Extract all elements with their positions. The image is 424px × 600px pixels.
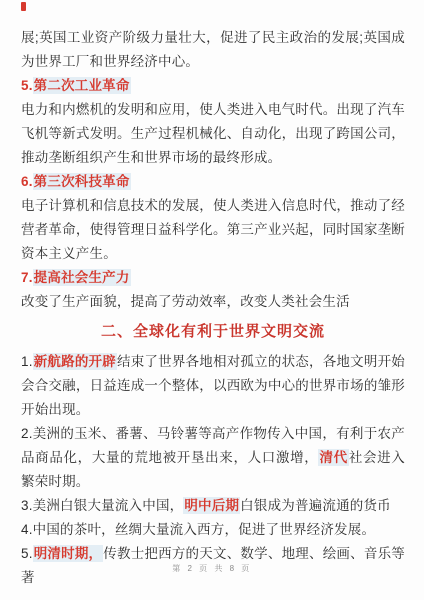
heading-number: 5. bbox=[21, 78, 33, 93]
item-highlight: 新航路的开辟 bbox=[33, 353, 117, 370]
document-page: 展;英国工业资产阶级力量壮大，促进了民主政治的发展;英国成为世界工厂和世界经济中… bbox=[0, 0, 424, 600]
list-item-silver-inflow: 3.美洲白银大量流入中国，明中后期白银成为普遍流通的货币 bbox=[21, 494, 405, 518]
item-highlight: 清代 bbox=[318, 449, 348, 466]
item-text: 4.中国的茶叶，丝绸大量流入西方，促进了世界经济发展。 bbox=[21, 522, 375, 537]
page-number-footer: 第 2 页 共 8 页 bbox=[0, 563, 424, 574]
paragraph-text: 电子计算机和信息技术的发展，使人类进入信息时代，推动了经营者革命，使得管理日益科… bbox=[21, 198, 405, 261]
heading-raise-productivity: 7.提高社会生产力 bbox=[21, 266, 405, 290]
heading-highlight: 第三次科技革命 bbox=[33, 173, 131, 190]
item-number: 1. bbox=[21, 354, 33, 369]
item-highlight: 明清时期， bbox=[33, 545, 104, 562]
heading-number: 6. bbox=[21, 174, 33, 189]
list-item-new-sea-routes: 1.新航路的开辟结束了世界各地相对孤立的状态，各地文明开始会合交融，日益连成一个… bbox=[21, 350, 405, 422]
heading-highlight: 提高社会生产力 bbox=[33, 269, 131, 286]
paragraph-text: 展;英国工业资产阶级力量壮大，促进了民主政治的发展;英国成为世界工厂和世界经济中… bbox=[21, 30, 405, 69]
item-text: 3.美洲白银大量流入中国， bbox=[21, 498, 183, 513]
list-item-tea-silk: 4.中国的茶叶，丝绸大量流入西方，促进了世界经济发展。 bbox=[21, 518, 405, 542]
heading-number: 7. bbox=[21, 270, 33, 285]
paragraph-second-industrial-revolution: 电力和内燃机的发明和应用，使人类进入电气时代。出现了汽车飞机等新式发明。生产过程… bbox=[21, 98, 405, 170]
item-text: 白银成为普遍流通的货币 bbox=[240, 498, 391, 513]
cut-off-text-fragment bbox=[21, 2, 26, 11]
list-item-american-crops: 2.美洲的玉米、番薯、马铃薯等高产作物传入中国，有利于农产品商品化，大量的荒地被… bbox=[21, 422, 405, 494]
paragraph-raise-productivity: 改变了生产面貌，提高了劳动效率，改变人类社会生活 bbox=[21, 290, 405, 314]
heading-highlight: 第二次工业革命 bbox=[33, 77, 131, 94]
paragraph-britain-tail: 展;英国工业资产阶级力量壮大，促进了民主政治的发展;英国成为世界工厂和世界经济中… bbox=[21, 26, 405, 74]
item-number: 5. bbox=[21, 546, 33, 561]
paragraph-text: 改变了生产面貌，提高了劳动效率，改变人类社会生活 bbox=[21, 294, 350, 309]
paragraph-text: 电力和内燃机的发明和应用，使人类进入电气时代。出现了汽车飞机等新式发明。生产过程… bbox=[21, 102, 405, 165]
heading-second-industrial-revolution: 5.第二次工业革命 bbox=[21, 74, 405, 98]
paragraph-third-tech-revolution: 电子计算机和信息技术的发展，使人类进入信息时代，推动了经营者革命，使得管理日益科… bbox=[21, 194, 405, 266]
section-title-globalization: 二、全球化有利于世界文明交流 bbox=[21, 320, 405, 344]
item-highlight: 明中后期 bbox=[183, 497, 240, 514]
page-content: 展;英国工业资产阶级力量壮大，促进了民主政治的发展;英国成为世界工厂和世界经济中… bbox=[0, 0, 424, 590]
heading-third-tech-revolution: 6.第三次科技革命 bbox=[21, 170, 405, 194]
